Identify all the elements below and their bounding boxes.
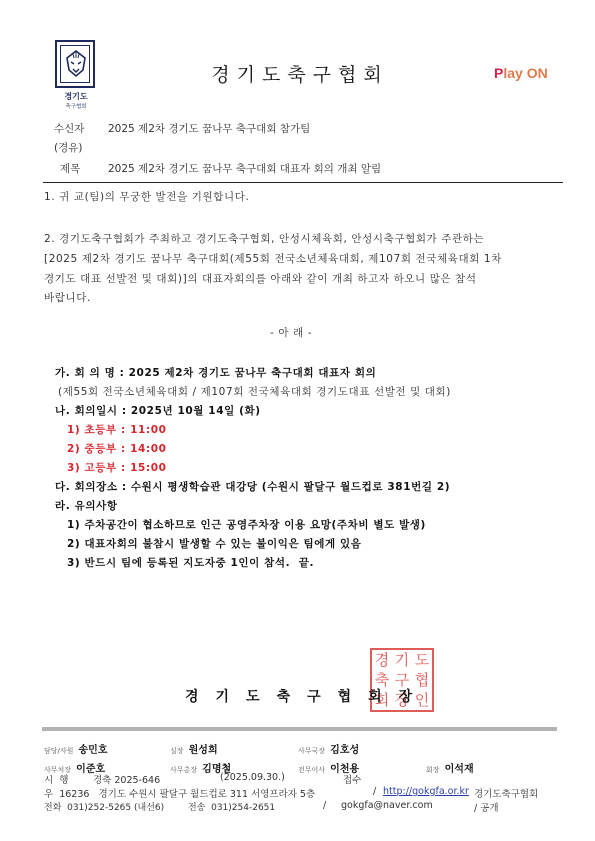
time-middle: 2) 중등부 : 14:00 [67, 441, 167, 456]
time-elementary: 1) 초등부 : 11:00 [67, 422, 167, 437]
slogan-first-letter: P [494, 65, 503, 81]
approval-name: 이석재 [445, 764, 474, 775]
recipient-value: 2025 제2차 경기도 꿈나무 축구대회 참가팀 [108, 121, 310, 136]
enforce-date: (2025.09.30.) [220, 772, 285, 783]
logo-name: 경기도 [46, 91, 106, 102]
note-absence: 2) 대표자회의 불참시 발생할 수 있는 불이익은 팀에게 있음 [67, 536, 361, 551]
enforce-label: 시 행 [44, 772, 68, 786]
item-meeting-place: 다. 회의장소 : 수원시 평생학습관 대강당 (수원시 팔달구 월드컵로 38… [55, 479, 450, 494]
signature-title: 경기도축구협회장 [185, 686, 429, 706]
paragraph-2-line-4: 바랍니다. [44, 290, 91, 305]
approval-role: 전무이사 [298, 766, 325, 774]
approval-role: 회장 [426, 766, 440, 774]
note-parking: 1) 주차공간이 협소하므로 인근 공영주차장 이용 요망(주차비 별도 발생) [67, 517, 426, 532]
enforce-number: 경축 2025-646 [93, 772, 160, 786]
tiger-crest-icon [60, 45, 90, 83]
fax: 전송 031)254-2651 [188, 800, 275, 813]
separator: / [323, 800, 326, 811]
item-meeting-datetime: 나. 회의일시 : 2025년 10월 14일 (화) [55, 403, 261, 418]
paragraph-1: 1. 귀 교(팀)의 무궁한 발전을 기원합니다. [44, 189, 249, 204]
notice-heading: - 아 래 - [270, 325, 312, 340]
approval-role: 담당/사원 [44, 747, 73, 755]
paragraph-2-line-1: 2. 경기도축구협회가 주최하고 경기도축구협회, 안성시체육회, 안성시축구협… [44, 231, 484, 246]
via-label: (경유) [54, 140, 82, 155]
approval-role: 사무총장 [170, 766, 197, 774]
slogan-rest: lay ON [503, 65, 547, 81]
approval-role: 실장 [170, 747, 184, 755]
approval-name: 김호성 [330, 745, 359, 756]
time-high: 3) 고등부 : 15:00 [67, 460, 167, 475]
website-link[interactable]: http://gokgfa.or.kr [383, 786, 469, 797]
email[interactable]: gokgfa@naver.com [341, 800, 433, 811]
approval-role: 사무국장 [298, 747, 325, 755]
seal-char: 기 [392, 650, 412, 670]
address: 우 16236 경기도 수원시 팔달구 월드컵로 311 서영프라자 5층 [44, 786, 315, 800]
approval-manager: 실장 원성희 [170, 738, 218, 757]
recipient-label: 수신자 [54, 121, 84, 136]
paragraph-2-line-3: 경기도 대표 선발전 및 대회)]의 대표자회의를 아래와 같이 개최 하고자 … [44, 271, 477, 286]
approval-name: 송민호 [79, 745, 108, 756]
approval-president: 회장 이석재 [426, 757, 474, 776]
phone: 전화 031)252-5265 (내선6) [44, 800, 164, 813]
note-attendance: 3) 반드시 팀에 등록된 지도자중 1인이 참석. 끝. [67, 555, 314, 570]
approval-staff: 담당/사원 송민호 [44, 738, 108, 757]
logo-subtitle: 축구협회 [46, 102, 106, 110]
subject-value: 2025 제2차 경기도 꿈나무 축구대회 대표자 회의 개최 알림 [108, 161, 381, 176]
receipt-label: 접수 [343, 772, 361, 786]
paragraph-2-line-2: [2025 제2차 경기도 꿈나무 축구대회(제55회 전국소년체육대회, 제1… [44, 251, 502, 266]
association-logo [55, 40, 95, 88]
approval-name: 원성희 [189, 745, 218, 756]
org-title: 경기도축구협회 [170, 60, 430, 87]
item-notes-heading: 라. 유의사항 [55, 498, 118, 513]
disclosure-status: / 공개 [474, 800, 499, 814]
seal-char: 도 [412, 650, 432, 670]
seal-char: 경 [372, 650, 392, 670]
footer-divider [42, 727, 557, 731]
item-meeting-name-sub: (제55회 전국소년체육대회 / 제107회 전국체육대회 경기도대표 선발전 … [58, 384, 451, 399]
approval-secretary-general: 사무국장 김호성 [298, 738, 359, 757]
item-meeting-name: 가. 회 의 명 : 2025 제2차 경기도 꿈나무 축구대회 대표자 회의 [55, 365, 376, 380]
subject-label: 제목 [60, 161, 80, 176]
header-divider [43, 182, 563, 183]
slogan-play-on: Play ON [494, 65, 548, 81]
footer-org-name: 경기도축구협회 [474, 786, 538, 800]
separator: / [373, 786, 376, 797]
